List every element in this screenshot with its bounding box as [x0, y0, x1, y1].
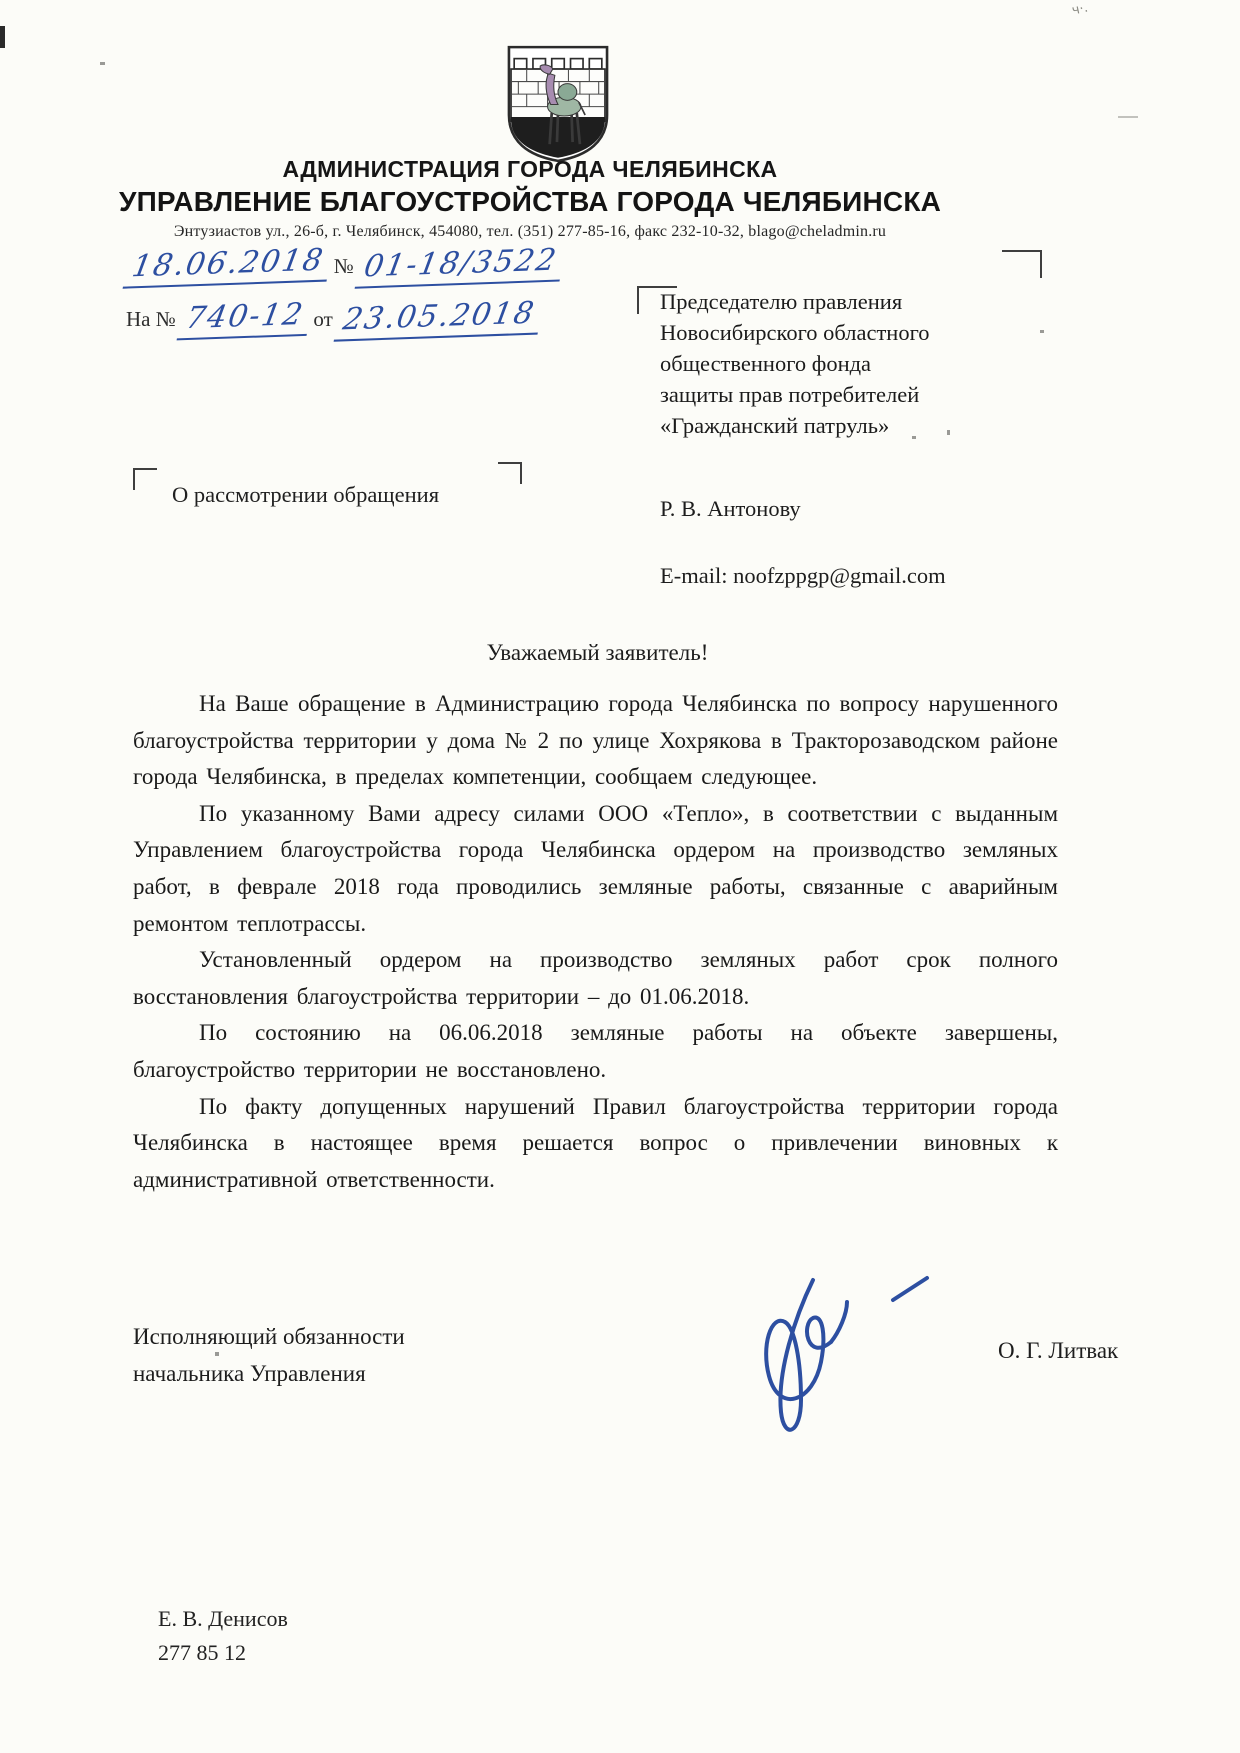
body-paragraph: На Ваше обращение в Администрацию города… [133, 686, 1058, 796]
scan-speck [947, 430, 950, 435]
scan-speck [1040, 330, 1044, 333]
signer-position: Исполняющий обязанности начальника Управ… [133, 1318, 405, 1392]
scan-speck [215, 1352, 219, 1356]
corner-mark-recipient-top-right [1002, 250, 1042, 278]
body-paragraph: Установленный ордером на производство зе… [133, 942, 1058, 1015]
incoming-number-handwritten: 740-12 [176, 297, 312, 341]
organization-name-line1: АДМИНИСТРАЦИЯ ГОРОДА ЧЕЛЯБИНСКА [40, 156, 1020, 183]
executor-block: Е. В. Денисов 277 85 12 [158, 1602, 288, 1670]
incoming-date-handwritten: 23.05.2018 [333, 295, 544, 341]
scan-artifact [0, 26, 5, 48]
body-paragraph: По указанному Вами адресу силами ООО «Те… [133, 796, 1058, 942]
executor-phone: 277 85 12 [158, 1636, 288, 1670]
corner-mark-subject-left [133, 468, 157, 490]
signer-position-line1: Исполняющий обязанности [133, 1318, 405, 1355]
reference-block: 18.06.2018 № 01-18/3522 На № 740-12 от 2… [126, 246, 596, 338]
scan-artifact: ч·. [1071, 1, 1090, 19]
handwritten-signature-icon [735, 1262, 965, 1462]
body-paragraph: По факту допущенных нарушений Правил бла… [133, 1089, 1058, 1199]
subject-line: О рассмотрении обращения [172, 482, 439, 508]
outgoing-reference-line: 18.06.2018 № 01-18/3522 [126, 246, 596, 285]
body-paragraph: По состоянию на 06.06.2018 земляные рабо… [133, 1015, 1058, 1088]
recipient-line: «Гражданский патруль» [660, 410, 1020, 441]
scan-artifact [1118, 116, 1138, 118]
recipient-person-name: Р. В. Антонову [660, 496, 801, 522]
scanned-letter-page: АДМИНИСТРАЦИЯ ГОРОДА ЧЕЛЯБИНСКА УПРАВЛЕН… [0, 0, 1240, 1753]
outgoing-date-handwritten: 18.06.2018 [123, 242, 334, 288]
salutation: Уважаемый заявитель! [135, 640, 1060, 666]
signer-position-line2: начальника Управления [133, 1355, 405, 1392]
organization-contact-line: Энтузиастов ул., 26-б, г. Челябинск, 454… [40, 223, 1020, 241]
coat-of-arms-camel-icon [502, 44, 614, 164]
signer-name: О. Г. Литвак [998, 1338, 1118, 1364]
executor-name: Е. В. Денисов [158, 1602, 288, 1636]
organization-name-line2: УПРАВЛЕНИЕ БЛАГОУСТРОЙСТВА ГОРОДА ЧЕЛЯБИ… [40, 186, 1020, 218]
recipient-line: Новосибирского областного [660, 317, 1020, 348]
number-sign-label: № [334, 254, 354, 278]
corner-mark-subject-right [498, 462, 522, 484]
incoming-prefix-label: На № [126, 307, 176, 331]
recipient-address-block: Председателю правления Новосибирского об… [660, 286, 1020, 441]
recipient-line: общественного фонда [660, 348, 1020, 379]
incoming-reference-line: На № 740-12 от 23.05.2018 [126, 299, 596, 338]
scan-speck [912, 436, 916, 439]
letter-body: На Ваше обращение в Администрацию города… [133, 686, 1058, 1198]
recipient-line: Председателю правления [660, 286, 1020, 317]
recipient-line: защиты прав потребителей [660, 379, 1020, 410]
outgoing-number-handwritten: 01-18/3522 [354, 242, 566, 288]
scan-speck [100, 62, 105, 65]
from-label: от [313, 307, 332, 331]
recipient-email: E-mail: noofzppgp@gmail.com [660, 563, 946, 589]
